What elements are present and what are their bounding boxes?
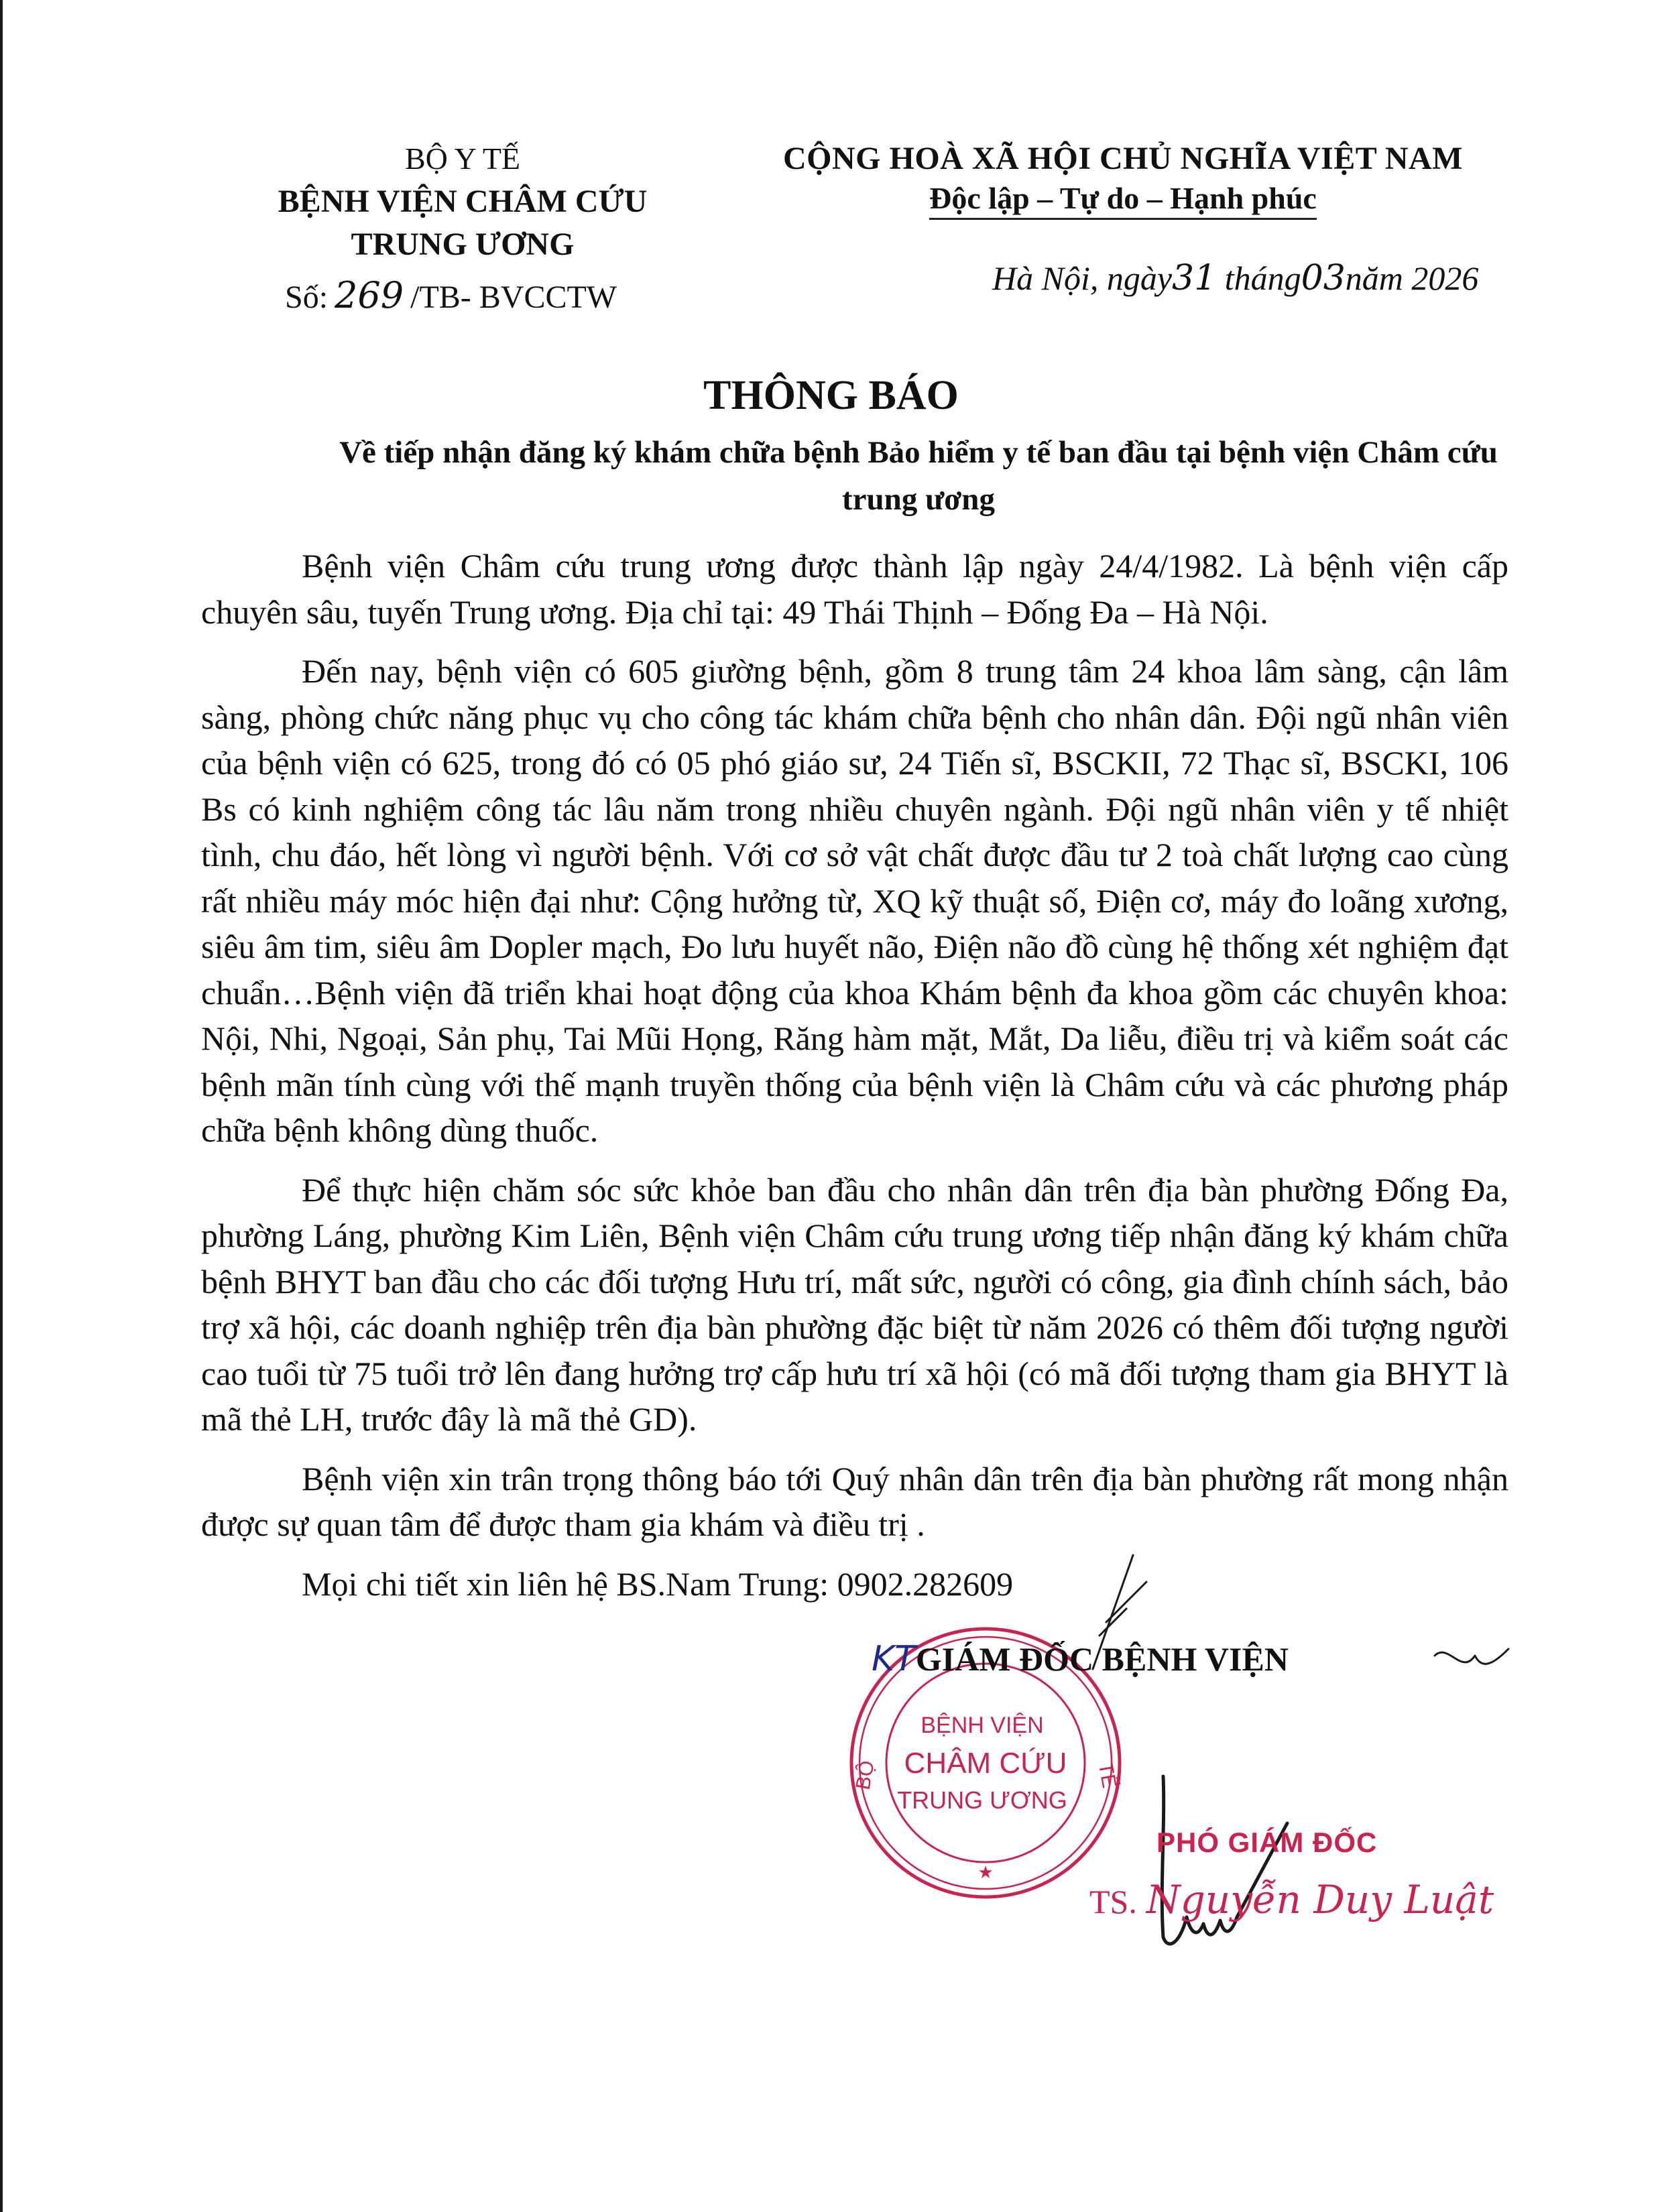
document-subtitle: Về tiếp nhận đăng ký khám chữa bệnh Bảo … xyxy=(322,429,1515,523)
date-day: 31 xyxy=(1172,258,1216,298)
document-body: Bệnh viện Châm cứu trung ương được thành… xyxy=(201,543,1508,1620)
issue-date: Hà Nội, ngày31 tháng03năm 2026 xyxy=(992,258,1478,298)
doc-number-prefix: Số: xyxy=(285,280,328,315)
stamp-outer-left: BỘ xyxy=(851,1759,879,1792)
stamp-line2: CHÂM CỨU xyxy=(904,1747,1067,1780)
stamp-star-icon: ★ xyxy=(977,1862,993,1882)
national-header: CỘNG HOÀ XÃ HỘI CHỦ NGHĨA VIỆT NAM Độc l… xyxy=(748,137,1498,227)
date-month: 03 xyxy=(1301,258,1346,298)
doc-number-suffix: /TB- BVCCTW xyxy=(410,280,617,315)
hospital-name-line2: TRUNG ƯƠNG xyxy=(221,223,704,266)
ministry-name: BỘ Y TẾ xyxy=(221,137,704,180)
deputy-director-title: PHÓ GIÁM ĐỐC xyxy=(1156,1827,1377,1859)
national-motto: Độc lập – Tự do – Hạnh phúc xyxy=(929,180,1317,220)
nation-name: CỘNG HOÀ XÃ HỘI CHỦ NGHĨA VIỆT NAM xyxy=(748,137,1498,180)
page-edge-shadow xyxy=(0,0,3,2212)
document-number: Số:269/TB- BVCCTW xyxy=(221,274,704,319)
paragraph: Bệnh viện Châm cứu trung ương được thành… xyxy=(201,543,1508,635)
paragraph: Để thực hiện chăm sóc sức khỏe ban đầu c… xyxy=(201,1167,1508,1442)
date-month-label: tháng xyxy=(1225,259,1301,297)
issuer-block: BỘ Y TẾ BỆNH VIỆN CHÂM CỨU TRUNG ƯƠNG Số… xyxy=(221,137,704,319)
hospital-name-line1: BỆNH VIỆN CHÂM CỨU xyxy=(221,180,704,223)
date-year: năm 2026 xyxy=(1346,259,1479,297)
on-behalf-mark: KT xyxy=(872,1639,916,1679)
stamp-line1: BỆNH VIỆN xyxy=(921,1713,1043,1738)
paragraph: Đến nay, bệnh viện có 605 giường bệnh, g… xyxy=(201,648,1508,1154)
signatory-name: TS. Nguyễn Duy Luật xyxy=(1089,1877,1494,1922)
signatory-full-name: Nguyễn Duy Luật xyxy=(1146,1877,1494,1922)
signatory-degree: TS. xyxy=(1089,1883,1137,1920)
date-prefix: Hà Nội, ngày xyxy=(992,259,1172,297)
document-title: THÔNG BÁO xyxy=(0,372,1662,420)
doc-number-handwritten: 269 xyxy=(335,274,404,316)
stamp-line3: TRUNG ƯƠNG xyxy=(897,1786,1067,1814)
paragraph: Bệnh viện xin trân trọng thông báo tới Q… xyxy=(201,1456,1508,1548)
